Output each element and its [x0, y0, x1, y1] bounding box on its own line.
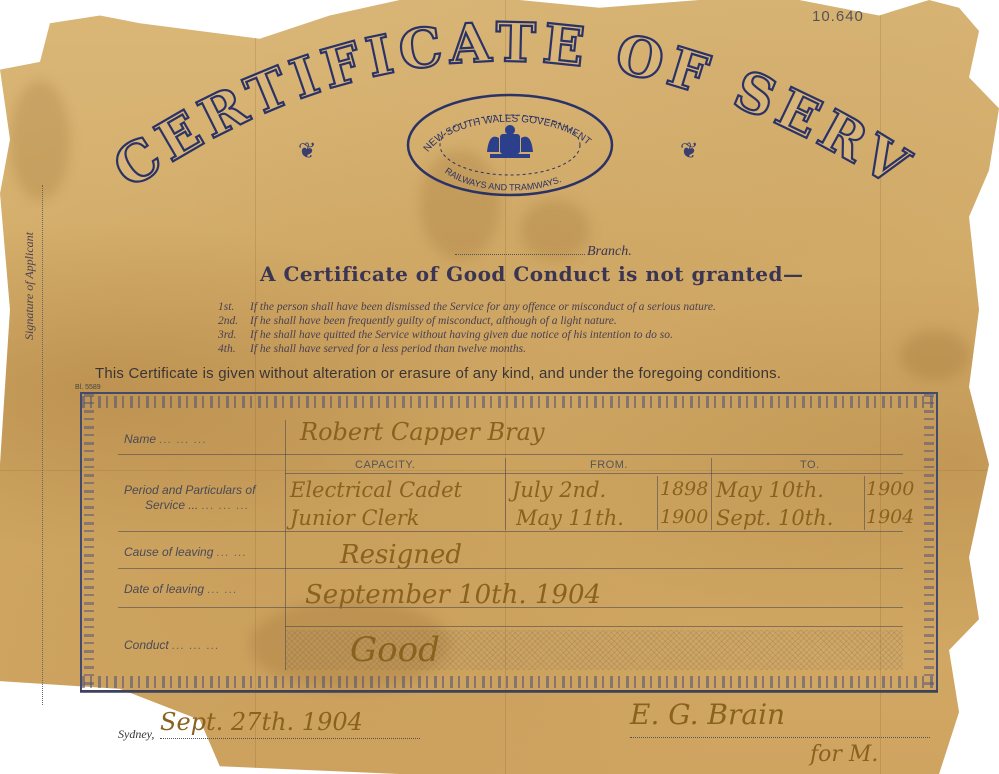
- given-statement: This Certificate is given without altera…: [95, 365, 781, 382]
- place-label: Sydney,: [118, 727, 154, 742]
- capacity-column-header: CAPACITY.: [355, 459, 415, 471]
- branch-blank-line: [455, 254, 585, 255]
- form-rule: [118, 454, 903, 455]
- form-rule: [285, 626, 903, 627]
- form-column-rule: [505, 458, 506, 530]
- issuer-signature: E. G. Brain: [630, 698, 785, 731]
- cause-label: Cause of leaving ... ...: [124, 545, 247, 559]
- date-dotted-line: [160, 738, 420, 739]
- conduct-label: Conduct ... ... ...: [124, 638, 220, 652]
- branch-field: Branch.: [455, 244, 632, 260]
- service-from-year-1: 1898: [660, 478, 708, 500]
- decorative-border-right: [924, 394, 934, 690]
- form-column-rule: [657, 476, 658, 530]
- form-rule: [285, 473, 903, 474]
- branch-label: Branch.: [587, 244, 632, 259]
- service-from-date-1: July 2nd.: [512, 478, 606, 502]
- print-code: Bl. 5589: [75, 384, 101, 391]
- condition-item: 3rd.If he shall have quitted the Service…: [218, 328, 716, 342]
- ornament-right-icon: ❦: [680, 138, 698, 164]
- decorative-border-bottom: [82, 676, 936, 688]
- not-granted-heading: A Certificate of Good Conduct is not gra…: [260, 262, 803, 286]
- decorative-border-left: [84, 394, 94, 690]
- form-rule: [118, 531, 903, 532]
- condition-item: 4th.If he shall have served for a less p…: [218, 342, 716, 356]
- conditions-list: 1st.If the person shall have been dismis…: [218, 300, 716, 356]
- to-column-header: TO.: [800, 459, 820, 471]
- applicant-signature-line: [42, 185, 44, 705]
- cause-of-leaving-value: Resigned: [340, 540, 462, 570]
- service-to-date-1: May 10th.: [716, 478, 824, 502]
- period-label-line2: Service ... ... ... ...: [145, 498, 249, 512]
- decorative-border-top: [82, 396, 936, 408]
- service-from-year-2: 1900: [660, 506, 708, 528]
- service-to-date-2: Sept. 10th.: [716, 506, 833, 530]
- name-value: Robert Capper Bray: [300, 418, 545, 446]
- service-capacity-2: Junior Clerk: [290, 506, 420, 530]
- applicant-signature-label: Signature of Applicant: [22, 232, 37, 340]
- issuer-initials: for M.: [810, 742, 878, 767]
- form-column-rule: [864, 476, 865, 530]
- form-column-rule: [711, 458, 712, 530]
- ornament-left-icon: ❦: [298, 138, 316, 164]
- from-column-header: FROM.: [590, 459, 628, 471]
- service-from-date-2: May 11th.: [516, 506, 624, 530]
- date-of-leaving-value: September 10th. 1904: [305, 580, 601, 610]
- railways-emblem: NEW SOUTH WALES GOVERNMENT RAILWAYS AND …: [405, 92, 615, 198]
- service-capacity-1: Electrical Cadet: [290, 478, 462, 502]
- conduct-value: Good: [350, 630, 440, 670]
- date-label: Date of leaving ... ...: [124, 582, 238, 596]
- form-rule: [118, 568, 903, 569]
- service-to-year-1: 1900: [866, 478, 914, 500]
- period-label: Period and Particulars of: [124, 483, 255, 497]
- issue-date: Sept. 27th. 1904: [160, 708, 363, 736]
- service-to-year-2: 1904: [866, 506, 914, 528]
- condition-item: 2nd.If he shall have been frequently gui…: [218, 314, 716, 328]
- condition-item: 1st.If the person shall have been dismis…: [218, 300, 716, 314]
- signature-dotted-line: [630, 737, 930, 738]
- form-bottom-rule: [80, 690, 938, 693]
- name-label: Name ... ... ...: [124, 432, 207, 446]
- water-stain: [900, 330, 970, 380]
- royal-coat-of-arms-icon: [487, 125, 533, 158]
